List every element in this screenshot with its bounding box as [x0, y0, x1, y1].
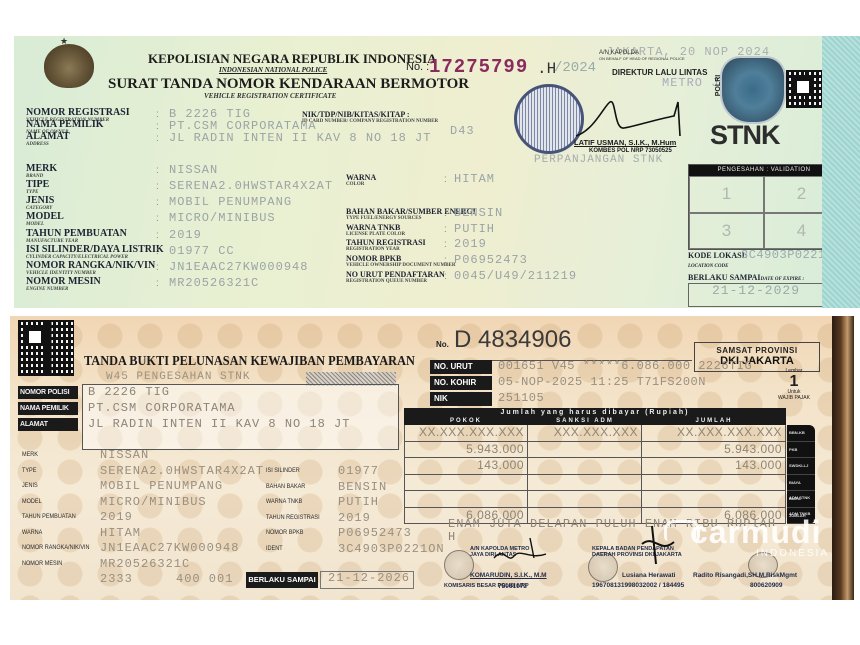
field-label: NOMOR RANGKA/NIK/VINVEHICLE IDENTITY NUM…	[26, 261, 155, 277]
vehicle-label: NOMOR MESIN	[22, 560, 62, 567]
location-code-label: KODE LOKASI:LOCATION CODE	[688, 251, 747, 269]
official-name: Lusiana Herawati	[622, 572, 675, 579]
payment-cell-sanksi: XXX.XXX.XXX	[528, 425, 642, 441]
on-behalf-label: A/N KAPOLDAON BEHALF OF HEAD OF REGIONAL…	[599, 50, 685, 62]
validation-box: PENGESAHAN : VALIDATION 1 2 3 4	[688, 164, 840, 250]
field-label: MODELMODEL	[26, 212, 64, 228]
stnk-hologram: POLRI POLRI STNK	[712, 54, 792, 150]
field-label: TAHUN REGISTRASIREGISTRATION YEAR	[346, 239, 426, 252]
document-number-label: No. :	[406, 61, 429, 73]
validation-cell: 2	[764, 176, 839, 213]
owner-field-label: NOMOR POLISI	[18, 386, 78, 399]
payment-row-tag: BBN-KB	[787, 425, 815, 442]
vehicle-value: MR20526321C	[100, 557, 190, 571]
payment-cell-jumlah	[642, 491, 786, 507]
payment-cell-pokok	[404, 491, 528, 507]
field-value: JN1EAAC27KW000948	[169, 260, 308, 274]
payment-row-tags: BBN-KBPKBSWDKLLJBIAYA ADM.STNKBIAYA ADM.…	[787, 425, 815, 524]
vehicle-value: 2019	[338, 511, 371, 525]
payment-row	[404, 475, 786, 492]
colon: :	[156, 230, 159, 241]
field-value: NISSAN	[169, 163, 218, 177]
payment-row: 143.000143.000	[404, 458, 786, 475]
column-header: JUMLAH	[642, 417, 786, 425]
field-value: 2019	[169, 228, 202, 242]
reference-value: 001651 V45 *****6.086.000 2226TIG	[498, 359, 752, 373]
validation-cell: 3	[689, 213, 764, 250]
owner-field-value: JL RADIN INTEN II KAV 8 NO 18 JT	[88, 417, 350, 431]
column-header: SANKSI ADM	[528, 417, 642, 425]
vehicle-value: HITAM	[100, 526, 141, 540]
amount-in-words-2: H	[448, 530, 455, 544]
colon: :	[156, 121, 159, 132]
vehicle-value: PUTIH	[338, 495, 379, 509]
colon: :	[156, 133, 159, 144]
payment-table-title: Jumlah yang harus dibayar (Rupiah)	[404, 408, 786, 417]
tax-receipt-card: TANDA BUKTI PELUNASAN KEWAJIBAN PEMBAYAR…	[10, 316, 832, 600]
colon: :	[156, 278, 159, 289]
vehicle-label: TYPE	[22, 467, 36, 474]
payment-cell-sanksi	[528, 475, 642, 491]
colon: :	[156, 181, 159, 192]
document-number: 17275799	[429, 56, 528, 78]
payment-row-tag: SWDKLLJ	[787, 458, 815, 475]
official-id: 196708131998032002 / 184495	[592, 582, 684, 589]
vehicle-label: MERK	[22, 451, 38, 458]
hologram-word: STNK	[710, 120, 780, 151]
colon: :	[156, 197, 159, 208]
field-value: MR20526321C	[169, 276, 259, 290]
reference-label: NIK	[430, 392, 492, 406]
signature-icon	[490, 536, 550, 566]
receipt-edge	[832, 316, 854, 600]
police-emblem-icon	[44, 44, 94, 88]
field-label: ALAMATADDRESS	[26, 132, 70, 148]
vehicle-value: SERENA2.0HWSTAR4X2AT	[100, 464, 264, 478]
payment-cell-sanksi	[528, 442, 642, 458]
hologram-left-text: POLRI	[715, 75, 722, 96]
location-code-value: 3C4903P0221WA	[741, 248, 841, 262]
payment-cell-jumlah: 143.000	[642, 458, 786, 474]
payment-cell-jumlah: XX.XXX.XXX.XXX	[642, 425, 786, 441]
field-value: MOBIL PENUMPANG	[169, 195, 292, 209]
payment-row: XX.XXX.XXX.XXXXXX.XXX.XXXXX.XXX.XXX.XXX	[404, 425, 786, 442]
payment-cell-sanksi	[528, 458, 642, 474]
colon: :	[156, 213, 159, 224]
receipt-subtitle: W45 PENGESAHAN STNK	[106, 371, 250, 383]
field-label: NOMOR MESINENGINE NUMBER	[26, 277, 101, 293]
official-name: KOMARUDIN, S.I.K., M.M	[470, 572, 547, 579]
copy-number: 1	[772, 374, 816, 389]
field-value: SERENA2.0HWSTAR4X2AT	[169, 179, 333, 193]
owner-field-value: B 2226 TIG	[88, 385, 170, 399]
colon: :	[156, 165, 159, 176]
vehicle-value: 3C4903P0221ON	[338, 542, 445, 556]
issuer-signer-name: LATIF USMAN, S.I.K., M.Hum	[574, 138, 676, 147]
payment-cell-jumlah: 5.943.000	[642, 442, 786, 458]
validation-cell: 4	[764, 213, 839, 250]
payment-cell-pokok: 5.943.000	[404, 442, 528, 458]
validation-cell: 1	[689, 176, 764, 213]
vehicle-label: NOMOR RANGKA/NIK/VIN	[22, 544, 90, 551]
colon: :	[444, 174, 447, 185]
field-label: JENISCATEGORY	[26, 196, 54, 212]
field-label: ISI SILINDER/DAYA LISTRIKCYLINDER CAPACI…	[26, 245, 164, 261]
payment-row	[404, 491, 786, 508]
watermark-sub: INDONESIA	[756, 548, 829, 559]
payment-row-tag: PKB	[787, 442, 815, 459]
field-label: TAHUN PEMBUATANMANUFACTURE YEAR	[26, 229, 127, 245]
column-header: POKOK	[404, 417, 528, 425]
extra-code-b: 400 001	[176, 572, 233, 586]
owner-field-label: NAMA PEMILIK	[18, 402, 78, 415]
payment-table: Jumlah yang harus dibayar (Rupiah) POKOK…	[404, 408, 786, 524]
vehicle-label: BAHAN BAKAR	[266, 483, 305, 490]
field-value: JL RADIN INTEN II KAV 8 NO 18 JT	[169, 131, 431, 145]
field-label: MERKBRAND	[26, 164, 57, 180]
colon: :	[444, 255, 447, 266]
field-value: BENSIN	[454, 206, 503, 220]
owner-field-label: ALAMAT	[18, 418, 78, 431]
renewal-note: PERPANJANGAN STNK	[534, 154, 663, 166]
qr-code-icon	[18, 320, 74, 376]
colon: :	[444, 271, 447, 282]
vehicle-value: MICRO/MINIBUS	[100, 495, 207, 509]
vehicle-label: ISI SILINDER	[266, 467, 300, 474]
vehicle-label: TAHUN PEMBUATAN	[22, 513, 76, 520]
qr-code-icon	[786, 70, 824, 108]
vehicle-label: TAHUN REGISTRASI	[266, 514, 320, 521]
receipt-expiry-value: 21-12-2026	[328, 571, 410, 585]
receipt-number-label: No.	[436, 340, 449, 349]
reference-label: NO. KOHIR	[430, 376, 492, 390]
payment-cell-pokok: XX.XXX.XXX.XXX	[404, 425, 528, 441]
watermark-brand: carmudi	[690, 514, 821, 551]
expiry-label: BERLAKU SAMPAIDATE OF EXPIRE :	[688, 273, 804, 282]
receipt-expiry-label: BERLAKU SAMPAI	[246, 572, 318, 588]
vehicle-value: P06952473	[338, 526, 412, 540]
expiry-value: 21-12-2029	[712, 283, 800, 298]
official-id: 800620909	[750, 582, 783, 589]
field-value: PUTIH	[454, 222, 495, 236]
reference-label: NO. URUT	[430, 360, 492, 374]
document-title-en: VEHICLE REGISTRATION CERTIFICATE	[204, 92, 336, 100]
payment-row: 5.943.0005.943.000	[404, 442, 786, 459]
signature-icon	[574, 100, 694, 140]
copy-badge: Lembar 1 Untuk WAJIB PAJAK	[772, 368, 816, 401]
field-label: WARNACOLOR	[346, 174, 376, 187]
field-label: NOMOR BPKBVEHICLE OWNERSHIP DOCUMENT NUM…	[346, 255, 456, 268]
document-number-year: /2024	[554, 60, 596, 76]
field-label: TIPETYPE	[26, 180, 49, 196]
institution-name: KEPOLISIAN NEGARA REPUBLIK INDONESIA	[148, 51, 437, 67]
samsat-line1: SAMSAT PROVINSI	[695, 346, 819, 355]
owner-field-value: PT.CSM CORPORATAMA	[88, 401, 236, 415]
official-id: 75061073	[498, 583, 527, 590]
payment-cell-sanksi	[528, 491, 642, 507]
document-title: SURAT TANDA NOMOR KENDARAAN BERMOTOR	[108, 76, 469, 93]
institution-name-en: INDONESIAN NATIONAL POLICE	[219, 66, 327, 74]
payment-cell-jumlah	[642, 475, 786, 491]
vehicle-label: IDENT	[266, 545, 283, 552]
shield-icon	[720, 56, 786, 124]
vehicle-label: NOMOR BPKB	[266, 529, 303, 536]
field-label: WARNA TNKBLICENSE PLATE COLOR	[346, 224, 405, 237]
receipt-title: TANDA BUKTI PELUNASAN KEWAJIBAN PEMBAYAR…	[84, 354, 415, 370]
field-value: HITAM	[454, 172, 495, 186]
vehicle-label: MODEL	[22, 498, 42, 505]
stnk-card: ★★ ★ KEPOLISIAN NEGARA REPUBLIK INDONESI…	[14, 36, 860, 308]
field-value: P06952473	[454, 253, 528, 267]
colon: :	[444, 208, 447, 219]
vehicle-value: JN1EAAC27KW000948	[100, 541, 239, 555]
colon: :	[444, 239, 447, 250]
vehicle-label: WARNA TNKB	[266, 498, 302, 505]
reference-value: 251105	[498, 391, 544, 405]
vehicle-value: 2019	[100, 510, 133, 524]
vehicle-label: JENIS	[22, 482, 38, 489]
colon: :	[156, 109, 159, 120]
vehicle-value: 01977	[338, 464, 379, 478]
receipt-number: D 4834906	[454, 326, 571, 354]
vehicle-value: NISSAN	[100, 448, 149, 462]
field-value: MICRO/MINIBUS	[169, 211, 276, 225]
nik-label: NIK/TDP/NIB/KITAS/KITAP :ID CARD NUMBER/…	[302, 111, 438, 124]
colon: :	[156, 246, 159, 257]
field-value: 01977 CC	[169, 244, 235, 258]
field-label: NO URUT PENDAFTARANREGISTRATION QUEUE NU…	[346, 271, 445, 284]
official-name: Radito Risangadi,SH.M.RiskMgmt	[693, 572, 797, 579]
extra-code-a: 2333	[100, 572, 133, 586]
payment-cell-pokok: 143.000	[404, 458, 528, 474]
validation-header: PENGESAHAN : VALIDATION	[689, 165, 839, 176]
nik-value: D43	[450, 124, 475, 138]
vehicle-value: BENSIN	[338, 480, 387, 494]
vehicle-label: WARNA	[22, 529, 42, 536]
payment-cell-pokok	[404, 475, 528, 491]
reference-value: 05-NOP-2025 11:25 T71FS200N	[498, 375, 706, 389]
colon: :	[444, 224, 447, 235]
field-value: 0045/U49/211219	[454, 269, 577, 283]
copy-recipient: WAJIB PAJAK	[772, 395, 816, 401]
vehicle-value: MOBIL PENUMPANG	[100, 479, 223, 493]
payment-row-tag: BIAYA ADM.STNK	[787, 475, 815, 492]
field-value: 2019	[454, 237, 487, 251]
colon: :	[156, 262, 159, 273]
